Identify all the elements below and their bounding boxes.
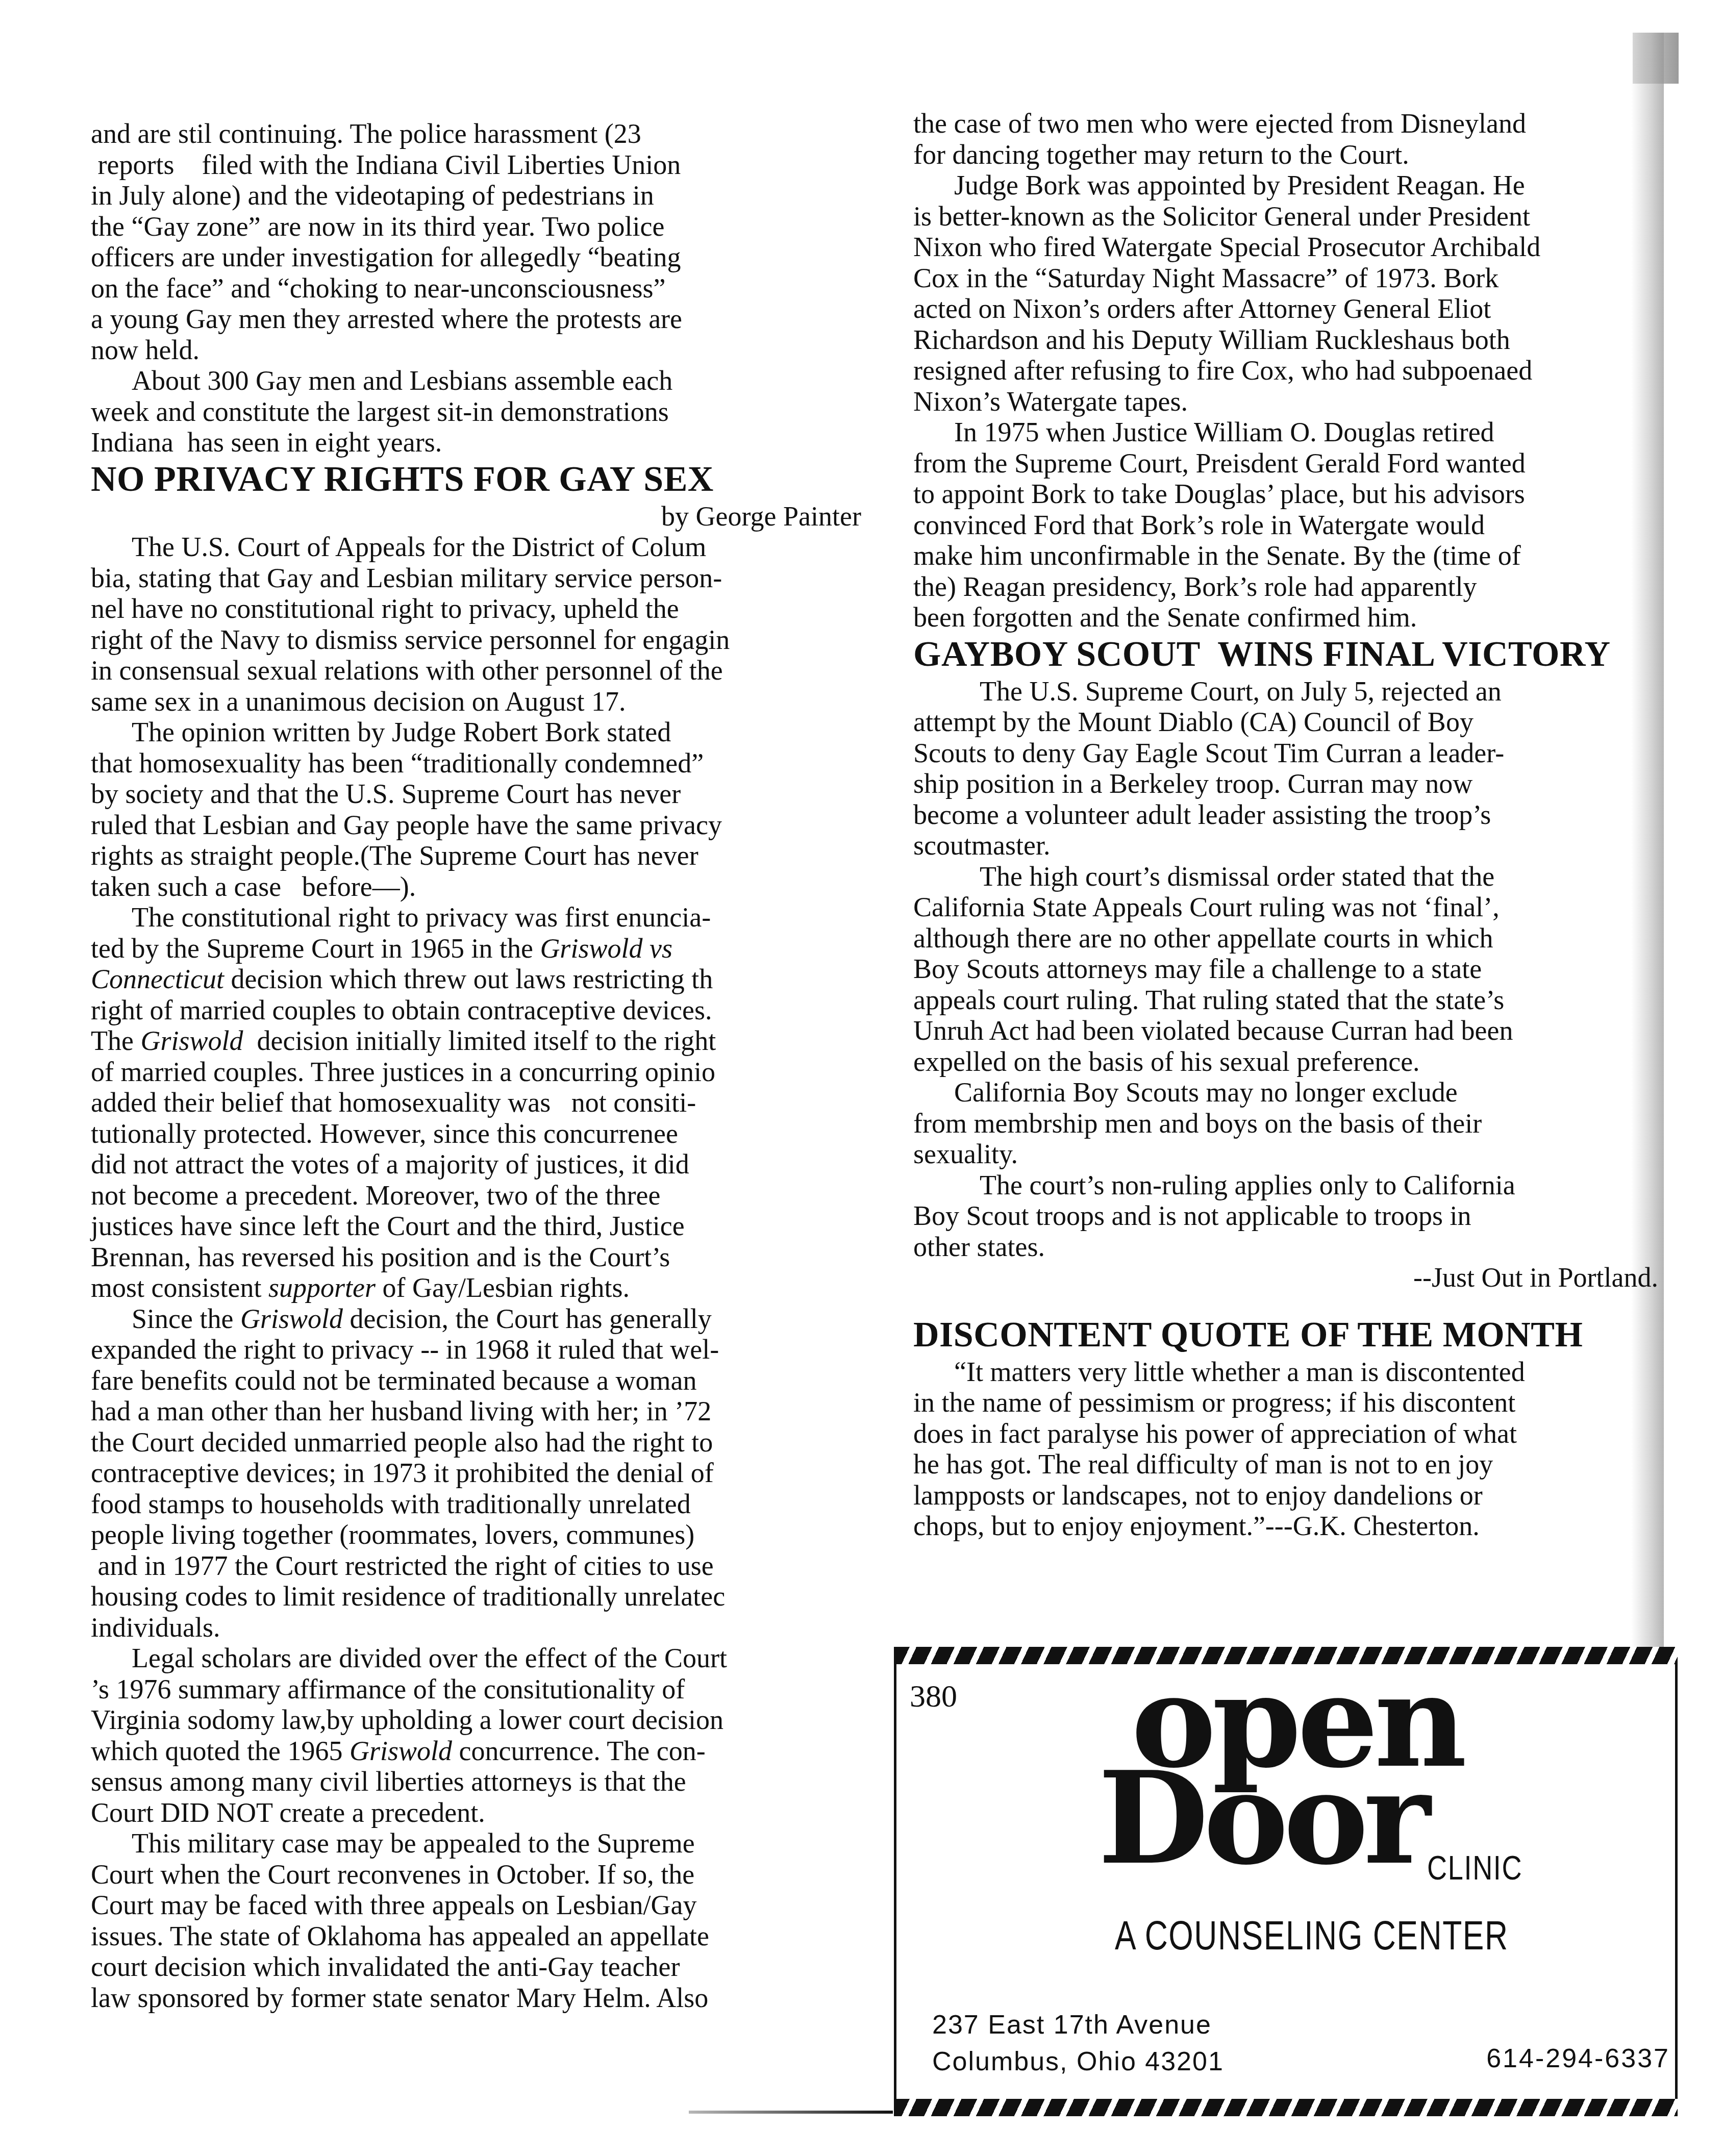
article-continuation: the case of two men who were ejected fro… [913, 108, 1679, 170]
text-line: added their belief that homosexuality wa… [91, 1087, 877, 1118]
text-line: lampposts or landscapes, not to enjoy da… [913, 1480, 1679, 1511]
article-paragraph: The U.S. Court of Appeals for the Distri… [91, 532, 877, 717]
text-line: Indiana has seen in eight years. [91, 427, 877, 458]
text-line: although there are no other appellate co… [913, 923, 1679, 954]
text-line: Judge Bork was appointed by President Re… [913, 170, 1679, 201]
text-line: The high court’s dismissal order stated … [913, 861, 1679, 892]
text-line: Richardson and his Deputy William Ruckle… [913, 324, 1679, 356]
article-paragraph: In 1975 when Justice William O. Douglas … [913, 417, 1679, 633]
text-line: ted by the Supreme Court in 1965 in the … [91, 933, 877, 964]
case-name-italic: Griswold [349, 1736, 452, 1766]
text-line: Unruh Act had been violated because Curr… [913, 1015, 1679, 1046]
text-span: decision, the Court has generally [343, 1303, 712, 1334]
text-line: The U.S. Supreme Court, on July 5, rejec… [913, 676, 1679, 707]
text-line: Virginia sodomy law,by upholding a lower… [91, 1704, 877, 1736]
text-span: most consistent [91, 1272, 268, 1303]
article-headline: GAYBOY SCOUT WINS FINAL VICTORY [913, 633, 1679, 676]
article-paragraph: The court’s non-ruling applies only to C… [913, 1170, 1679, 1263]
text-line: resigned after refusing to fire Cox, who… [913, 355, 1679, 386]
ad-border-stripe-bottom [894, 2099, 1678, 2116]
text-line: Scouts to deny Gay Eagle Scout Tim Curra… [913, 738, 1679, 769]
text-line: from the Supreme Court, Preisdent Gerald… [913, 448, 1679, 479]
ad-logo-clinic: CLINIC [1427, 1848, 1522, 1887]
ad-tagline: A COUNSELING CENTER [1115, 1912, 1509, 1959]
text-line: is better-known as the Solicitor General… [913, 201, 1679, 232]
text-line: food stamps to households with tradition… [91, 1489, 877, 1520]
text-line: court decision which invalidated the ant… [91, 1951, 877, 1983]
ad-phone: 614-294-6337 [1486, 2043, 1670, 2074]
text-line: Connecticut decision which threw out law… [91, 964, 877, 995]
text-line: on the face” and “choking to near-uncons… [91, 273, 877, 304]
text-line: Court DID NOT create a precedent. [91, 1797, 877, 1828]
article-paragraph: The high court’s dismissal order stated … [913, 861, 1679, 1077]
text-line: make him unconfirmable in the Senate. By… [913, 540, 1679, 571]
ad-address-city: Columbus, Ohio 43201 [932, 2043, 1224, 2080]
bottom-rule [689, 2111, 893, 2114]
text-span: of Gay/Lesbian rights. [376, 1272, 630, 1303]
text-span: which quoted the 1965 [91, 1736, 349, 1766]
text-span: decision which threw out laws restrictin… [224, 964, 713, 994]
ad-address: 237 East 17th Avenue Columbus, Ohio 4320… [932, 2007, 1224, 2080]
text-line: tutionally protected. However, since thi… [91, 1118, 877, 1149]
text-line: The Griswold decision initially limited … [91, 1025, 877, 1057]
article-headline: NO PRIVACY RIGHTS FOR GAY SEX [91, 458, 877, 501]
text-line: the) Reagan presidency, Bork’s role had … [913, 571, 1679, 603]
text-span: decision initially limited itself to the… [243, 1025, 716, 1056]
quote-paragraph: “It matters very little whether a man is… [913, 1357, 1679, 1542]
text-line: week and constitute the largest sit-in d… [91, 396, 877, 428]
text-line: and in 1977 the Court restricted the rig… [91, 1550, 877, 1582]
text-line: and are stil continuing. The police hara… [91, 118, 877, 149]
text-line: to appoint Bork to take Douglas’ place, … [913, 479, 1679, 510]
text-line: which quoted the 1965 Griswold concurren… [91, 1736, 877, 1767]
text-line: Nixon’s Watergate tapes. [913, 386, 1679, 417]
text-line: not become a precedent. Moreover, two of… [91, 1180, 877, 1211]
text-line: taken such a case before—). [91, 871, 877, 902]
text-line: issues. The state of Oklahoma has appeal… [91, 1921, 877, 1952]
article-paragraph: The opinion written by Judge Robert Bork… [91, 717, 877, 902]
text-line: in the name of pessimism or progress; if… [913, 1387, 1679, 1418]
text-line: This military case may be appealed to th… [91, 1828, 877, 1859]
text-span: Since the [132, 1303, 240, 1334]
text-line: sexuality. [913, 1139, 1679, 1170]
left-column: and are stil continuing. The police hara… [91, 118, 877, 2013]
text-line: In 1975 when Justice William O. Douglas … [913, 417, 1679, 448]
article-paragraph: The constitutional right to privacy was … [91, 902, 877, 1303]
article-paragraph: California Boy Scouts may no longer excl… [913, 1077, 1679, 1170]
text-line: from membrship men and boys on the basis… [913, 1108, 1679, 1139]
text-line: convinced Ford that Bork’s role in Water… [913, 510, 1679, 541]
article-paragraph: This military case may be appealed to th… [91, 1828, 877, 2013]
text-line: most consistent supporter of Gay/Lesbian… [91, 1272, 877, 1303]
text-line: law sponsored by former state senator Ma… [91, 1983, 877, 2014]
text-line: other states. [913, 1232, 1679, 1263]
text-line: same sex in a unanimous decision on Augu… [91, 686, 877, 717]
text-line: Brennan, has reversed his position and i… [91, 1242, 877, 1273]
text-line: Boy Scout troops and is not applicable t… [913, 1200, 1679, 1232]
text-line: chops, but to enjoy enjoyment.”---G.K. C… [913, 1511, 1679, 1542]
article-paragraph: Judge Bork was appointed by President Re… [913, 170, 1679, 417]
text-line: contraceptive devices; in 1973 it prohib… [91, 1458, 877, 1489]
case-name-italic: Griswold [140, 1025, 243, 1056]
text-line: Court when the Court reconvenes in Octob… [91, 1859, 877, 1890]
text-line: California Boy Scouts may no longer excl… [913, 1077, 1679, 1108]
text-line: he has got. The real difficulty of man i… [913, 1449, 1679, 1480]
open-door-clinic-ad: 380 open Door CLINIC A COUNSELING CENTER… [894, 1647, 1678, 2116]
text-line: Nixon who fired Watergate Special Prosec… [913, 232, 1679, 263]
text-line: About 300 Gay men and Lesbians assemble … [91, 365, 877, 396]
text-line: by society and that the U.S. Supreme Cou… [91, 779, 877, 810]
ad-address-street: 237 East 17th Avenue [932, 2007, 1224, 2043]
text-line: reports filed with the Indiana Civil Lib… [91, 149, 877, 181]
text-line: rights as straight people.(The Supreme C… [91, 840, 877, 871]
text-line: Cox in the “Saturday Night Massacre” of … [913, 263, 1679, 294]
text-line: The opinion written by Judge Robert Bork… [91, 717, 877, 748]
spacer [913, 1293, 1679, 1314]
ad-number: 380 [910, 1678, 957, 1715]
article-paragraph: The U.S. Supreme Court, on July 5, rejec… [913, 676, 1679, 861]
intro-paragraph: and are stil continuing. The police hara… [91, 118, 877, 365]
text-line: officers are under investigation for all… [91, 242, 877, 273]
article-source-credit: --Just Out in Portland. [913, 1262, 1679, 1293]
text-line: The constitutional right to privacy was … [91, 902, 877, 933]
text-line: individuals. [91, 1612, 877, 1643]
text-line: “It matters very little whether a man is… [913, 1357, 1679, 1388]
text-span: ted by the Supreme Court in 1965 in the [91, 933, 540, 964]
text-line: the “Gay zone” are now in its third year… [91, 211, 877, 242]
text-line: attempt by the Mount Diablo (CA) Council… [913, 707, 1679, 738]
right-column: the case of two men who were ejected fro… [913, 108, 1679, 1542]
text-line: Boy Scouts attorneys may file a challeng… [913, 954, 1679, 985]
text-line: the case of two men who were ejected fro… [913, 108, 1679, 139]
quote-headline: DISCONTENT QUOTE OF THE MONTH [913, 1314, 1679, 1357]
text-line: nel have no constitutional right to priv… [91, 593, 877, 624]
intro-paragraph-2: About 300 Gay men and Lesbians assemble … [91, 365, 877, 458]
text-line: now held. [91, 335, 877, 366]
text-line: ’s 1976 summary affirmance of the consit… [91, 1674, 877, 1705]
text-line: right of married couples to obtain contr… [91, 995, 877, 1026]
text-line: that homosexuality has been “traditional… [91, 748, 877, 779]
text-line: people living together (roommates, lover… [91, 1519, 877, 1550]
text-line: does in fact paralyse his power of appre… [913, 1418, 1679, 1449]
ad-logo-door: Door [1098, 1754, 1426, 1882]
text-span: The [91, 1025, 140, 1056]
text-line: ship position in a Berkeley troop. Curra… [913, 768, 1679, 799]
text-line: scoutmaster. [913, 830, 1679, 861]
case-name-italic: Griswold vs [540, 933, 672, 964]
text-line: The court’s non-ruling applies only to C… [913, 1170, 1679, 1201]
text-line: Court may be faced with three appeals on… [91, 1890, 877, 1921]
text-line: had a man other than her husband living … [91, 1396, 877, 1427]
text-line: a young Gay men they arrested where the … [91, 304, 877, 335]
emphasis-italic: supporter [268, 1272, 376, 1303]
text-line: expanded the right to privacy -- in 1968… [91, 1334, 877, 1365]
text-line: been forgotten and the Senate confirmed … [913, 602, 1679, 633]
text-line: expelled on the basis of his sexual pref… [913, 1046, 1679, 1077]
text-line: for dancing together may return to the C… [913, 139, 1679, 170]
text-line: in consensual sexual relations with othe… [91, 655, 877, 686]
text-line: in July alone) and the videotaping of pe… [91, 180, 877, 211]
text-line: California State Appeals Court ruling wa… [913, 892, 1679, 923]
text-line: did not attract the votes of a majority … [91, 1149, 877, 1180]
text-line: bia, stating that Gay and Lesbian milita… [91, 563, 877, 594]
text-line: Since the Griswold decision, the Court h… [91, 1303, 877, 1335]
text-line: become a volunteer adult leader assistin… [913, 799, 1679, 831]
text-line: justices have since left the Court and t… [91, 1211, 877, 1242]
text-line: ruled that Lesbian and Gay people have t… [91, 810, 877, 841]
text-line: of married couples. Three justices in a … [91, 1057, 877, 1088]
text-span: concurrence. The con- [452, 1736, 706, 1766]
text-line: Legal scholars are divided over the effe… [91, 1643, 877, 1674]
text-line: housing codes to limit residence of trad… [91, 1581, 877, 1612]
text-line: right of the Navy to dismiss service per… [91, 624, 877, 656]
text-line: the Court decided unmarried people also … [91, 1427, 877, 1458]
article-paragraph: Since the Griswold decision, the Court h… [91, 1303, 877, 1643]
case-name-italic: Griswold [240, 1303, 343, 1334]
text-line: fare benefits could not be terminated be… [91, 1365, 877, 1396]
text-line: sensus among many civil liberties attorn… [91, 1766, 877, 1797]
text-line: appeals court ruling. That ruling stated… [913, 985, 1679, 1016]
text-line: The U.S. Court of Appeals for the Distri… [91, 532, 877, 563]
text-line: acted on Nixon’s orders after Attorney G… [913, 293, 1679, 324]
article-byline: by George Painter [91, 501, 877, 532]
case-name-italic: Connecticut [91, 964, 224, 994]
article-paragraph: Legal scholars are divided over the effe… [91, 1643, 877, 1828]
